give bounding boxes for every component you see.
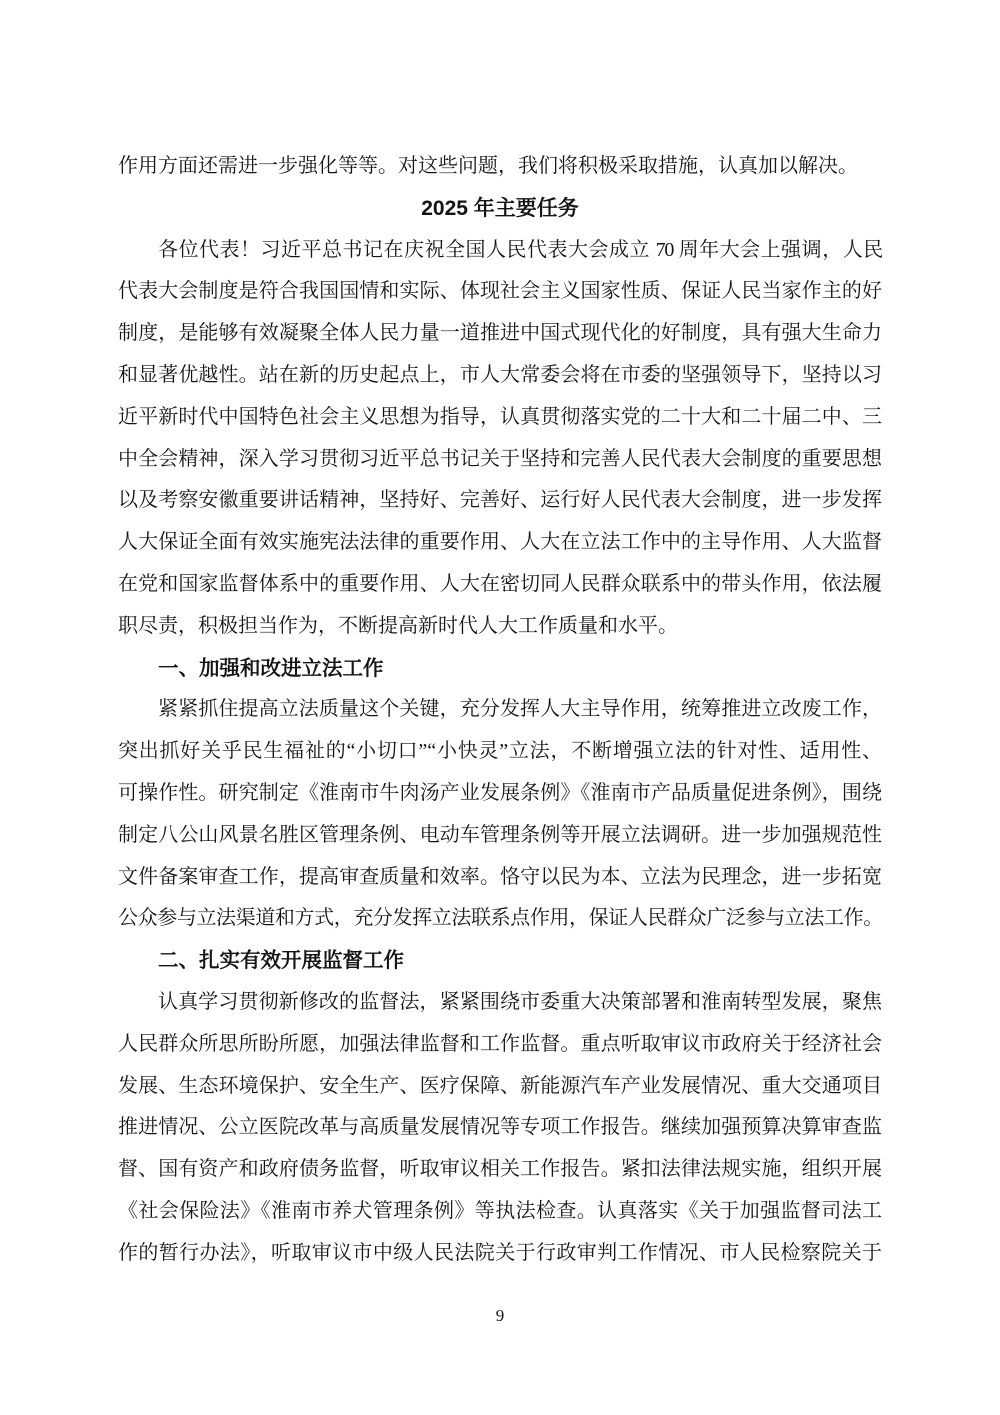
paragraph-continuation: 作用方面还需进一步强化等等。对这些问题，我们将积极采取措施，认真加以解决。 bbox=[118, 146, 882, 188]
paragraph: 紧紧抓住提高立法质量这个关键，充分发挥人大主导作用，统筹推进立改废工作， 突出抓… bbox=[118, 689, 882, 940]
chapter-title: 2025 年主要任务 bbox=[118, 188, 882, 230]
page-number: 9 bbox=[0, 1304, 1000, 1328]
text-line: 突出抓好关乎民生福祉的“小切口”“小快灵”立法，不断增强立法的针对性、适用性、 bbox=[118, 731, 882, 773]
section-heading-2: 二、扎实有效开展监督工作 bbox=[118, 940, 882, 982]
text-line: 督、国有资产和政府债务监督，听取审议相关工作报告。紧扣法律法规实施，组织开展 bbox=[118, 1149, 882, 1191]
text-line: 制度，是能够有效凝聚全体人民力量一道推进中国式现代化的好制度，具有强大生命力 bbox=[118, 313, 882, 355]
text-line: 制定八公山风景名胜区管理条例、电动车管理条例等开展立法调研。进一步加强规范性 bbox=[118, 815, 882, 857]
text-line: 发展、生态环境保护、安全生产、医疗保障、新能源汽车产业发展情况、重大交通项目 bbox=[118, 1066, 882, 1108]
paragraph: 各位代表！习近平总书记在庆祝全国人民代表大会成立 70 周年大会上强调，人民 代… bbox=[118, 230, 882, 648]
document-body: 作用方面还需进一步强化等等。对这些问题，我们将积极采取措施，认真加以解决。 20… bbox=[118, 146, 882, 1275]
text-line: 推进情况、公立医院改革与高质量发展情况等专项工作报告。继续加强预算决算审查监 bbox=[118, 1107, 882, 1149]
text-line: 文件备案审查工作，提高审查质量和效率。恪守以民为本、立法为民理念，进一步拓宽 bbox=[118, 857, 882, 899]
text-line: 中全会精神，深入学习贯彻习近平总书记关于坚持和完善人民代表大会制度的重要思想 bbox=[118, 439, 882, 481]
text-line: 公众参与立法渠道和方式，充分发挥立法联系点作用，保证人民群众广泛参与立法工作。 bbox=[118, 898, 882, 940]
text-line: 《社会保险法》《淮南市养犬管理条例》等执法检查。认真落实《关于加强监督司法工 bbox=[118, 1191, 882, 1233]
text-line: 认真学习贯彻新修改的监督法，紧紧围绕市委重大决策部署和淮南转型发展，聚焦 bbox=[118, 982, 882, 1024]
text-line: 和显著优越性。站在新的历史起点上，市人大常委会将在市委的坚强领导下，坚持以习 bbox=[118, 355, 882, 397]
text-line: 代表大会制度是符合我国国情和实际、体现社会主义国家性质、保证人民当家作主的好 bbox=[118, 271, 882, 313]
text-line: 人民群众所思所盼所愿，加强法律监督和工作监督。重点听取审议市政府关于经济社会 bbox=[118, 1024, 882, 1066]
text-line: 作的暂行办法》，听取审议市中级人民法院关于行政审判工作情况、市人民检察院关于 bbox=[118, 1233, 882, 1275]
text-line: 人大保证全面有效实施宪法法律的重要作用、人大在立法工作中的主导作用、人大监督 bbox=[118, 522, 882, 564]
paragraph: 认真学习贯彻新修改的监督法，紧紧围绕市委重大决策部署和淮南转型发展，聚焦 人民群… bbox=[118, 982, 882, 1275]
text-line: 作用方面还需进一步强化等等。对这些问题，我们将积极采取措施，认真加以解决。 bbox=[118, 146, 882, 188]
text-line: 在党和国家监督体系中的重要作用、人大在密切同人民群众联系中的带头作用，依法履 bbox=[118, 564, 882, 606]
section-heading-1: 一、加强和改进立法工作 bbox=[118, 648, 882, 690]
text-line: 各位代表！习近平总书记在庆祝全国人民代表大会成立 70 周年大会上强调，人民 bbox=[118, 230, 882, 272]
text-line: 职尽责，积极担当作为，不断提高新时代人大工作质量和水平。 bbox=[118, 606, 882, 648]
text-line: 以及考察安徽重要讲话精神，坚持好、完善好、运行好人民代表大会制度，进一步发挥 bbox=[118, 480, 882, 522]
text-line: 紧紧抓住提高立法质量这个关键，充分发挥人大主导作用，统筹推进立改废工作， bbox=[118, 689, 882, 731]
text-line: 可操作性。研究制定《淮南市牛肉汤产业发展条例》《淮南市产品质量促进条例》，围绕 bbox=[118, 773, 882, 815]
text-line: 近平新时代中国特色社会主义思想为指导，认真贯彻落实党的二十大和二十届二中、三 bbox=[118, 397, 882, 439]
